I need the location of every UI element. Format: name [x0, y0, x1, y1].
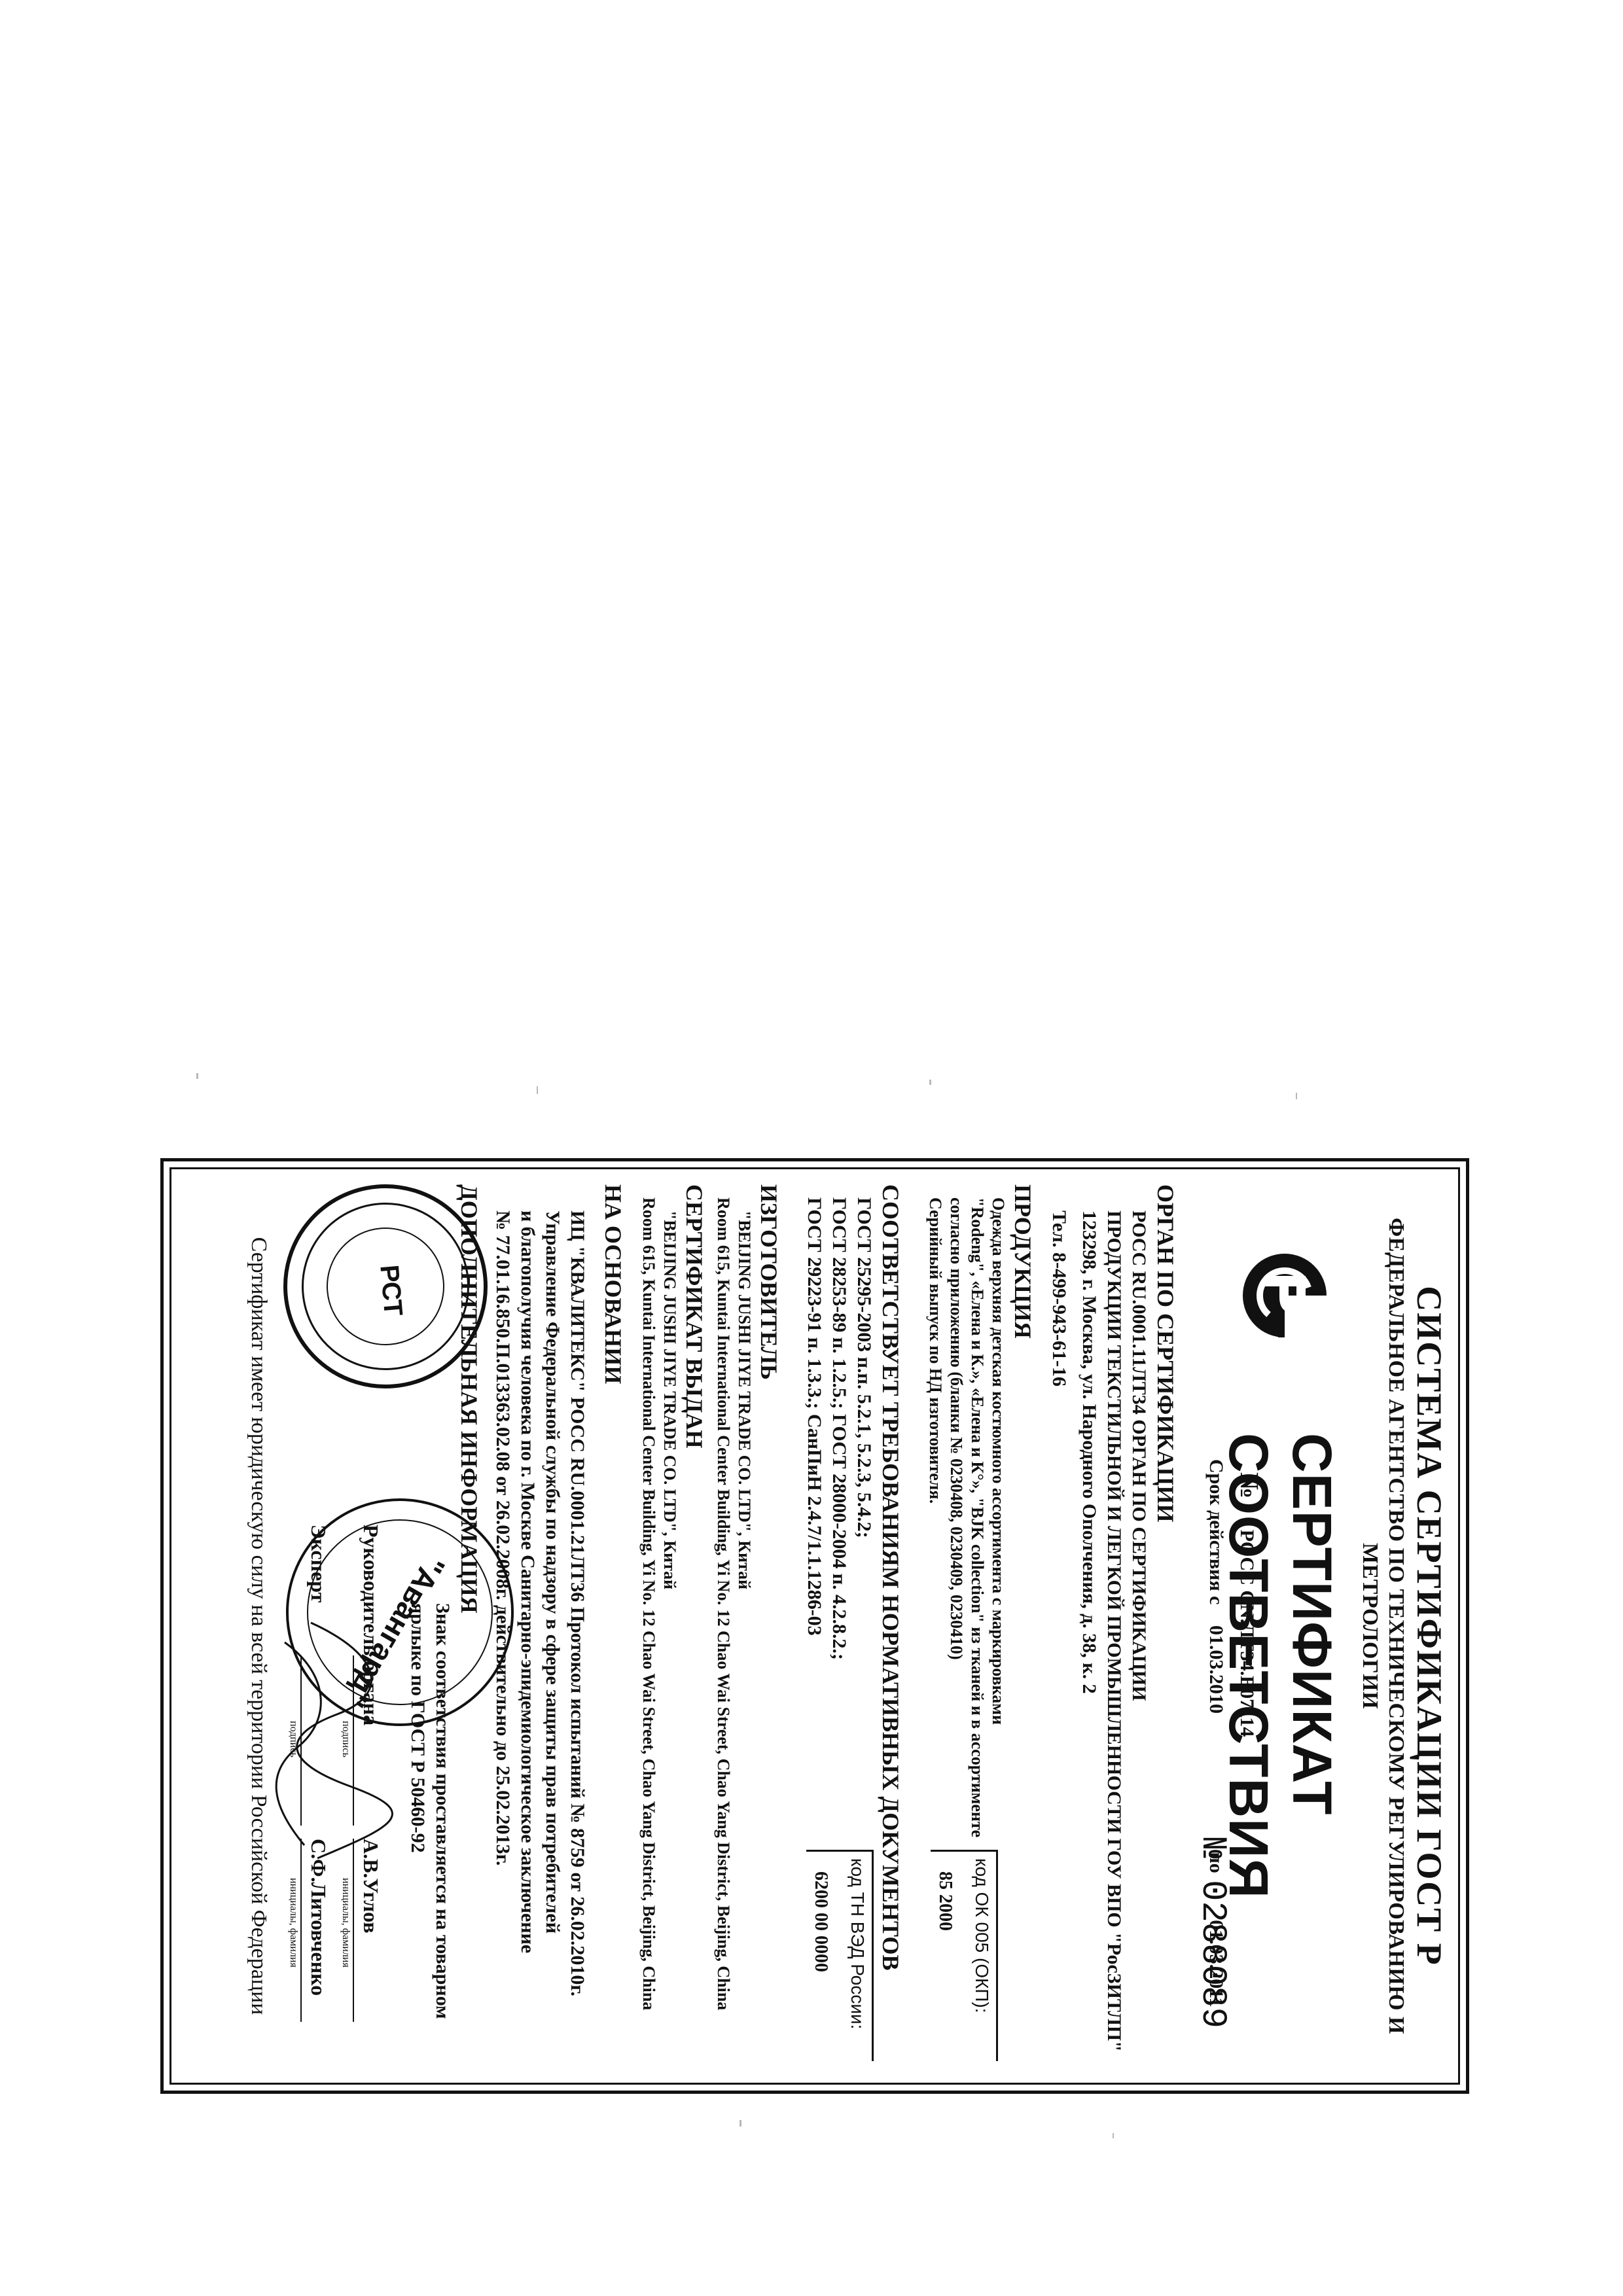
agency-name: ФЕДЕРАЛЬНОЕ АГЕНТСТВО ПО ТЕХНИЧЕСКОМУ РЕ…	[1357, 1184, 1409, 2068]
basis-section: НА ОСНОВАНИИ ИЦ "КВАЛИТЕКС" РОСС RU.0001…	[490, 1184, 628, 2068]
section-heading: ПРОДУКЦИЯ	[1008, 1184, 1037, 2068]
handwritten-signature	[265, 1616, 409, 1865]
basis-line: Управление Федеральной службы по надзору…	[540, 1184, 565, 2068]
tnved-code-box: код ТН ВЭД России: 6200 00 0000	[806, 1850, 874, 2061]
section-heading: ДОПОЛНИТЕЛЬНАЯ ИНФОРМАЦИЯ	[455, 1184, 484, 2068]
signature-role: Эксперт	[306, 1525, 330, 1602]
product-section: ПРОДУКЦИЯ Одежда верхняя детская костюмн…	[913, 1184, 1037, 2068]
scan-noise	[740, 2120, 741, 2127]
valid-from: 01.03.2010	[1205, 1625, 1227, 1714]
body-line: 123298, г. Москва, ул. Народного Ополчен…	[1077, 1184, 1101, 2068]
conformity-section: СООТВЕТСТВУЕТ ТРЕБОВАНИЯМ НОРМАТИВНЫХ ДО…	[794, 1184, 905, 2068]
basis-line: № 77.01.16.850.П.013363.02.08 от 26.02.2…	[490, 1184, 515, 2068]
basis-line: ИЦ "КВАЛИТЕКС" РОСС RU.0001.21ЛТ36 Прото…	[565, 1184, 590, 2068]
name-caption: инициалы, фамилия	[340, 1878, 351, 1968]
body-line: ПРОДУКЦИИ ТЕКСТИЛЬНОЙ И ЛЕГКОЙ ПРОМЫШЛЕН…	[1101, 1184, 1126, 2068]
issued-to-address: Room 615, Kuntai International Center Bu…	[638, 1184, 659, 2068]
basis-line: и благополучия человека по г. Москве Сан…	[515, 1184, 540, 2068]
tnved-caption: код ТН ВЭД России:	[847, 1858, 868, 2055]
section-heading: ИЗГОТОВИТЕЛЬ	[755, 1184, 783, 2068]
name-line	[353, 1839, 354, 2022]
okp-code-box: код ОК 005 (ОКП): 85 2000	[931, 1850, 998, 2061]
okp-caption: код ОК 005 (ОКП):	[971, 1858, 992, 2055]
product-line: "Rodeng", «Елена и К.», «Елена и К°», "B…	[967, 1184, 988, 1852]
certification-body-section: ОРГАН ПО СЕРТИФИКАЦИИ РОСС RU.0001.11ЛТ3…	[1046, 1184, 1180, 2068]
certificate-number: № РОСС CN.ЛТ34.В07114	[1234, 1472, 1265, 1737]
scan-noise	[196, 1073, 198, 1079]
section-heading: ОРГАН ПО СЕРТИФИКАЦИИ	[1151, 1184, 1180, 2068]
manufacturer-name: "BEIJING JUSHI JIYE TRADE CO. LTD", Кита…	[734, 1184, 755, 2068]
section-heading: СООТВЕТСТВУЕТ ТРЕБОВАНИЯМ НОРМАТИВНЫХ ДО…	[876, 1184, 905, 2068]
rst-certification-mark-icon	[1239, 1250, 1330, 1341]
certificate-header: СЕРТИФИКАТ СООТВЕТСТВИЯ № РОСС CN.ЛТ34.В…	[1180, 1184, 1344, 2068]
additional-info-section: ДОПОЛНИТЕЛЬНАЯ ИНФОРМАЦИЯ Знак соответст…	[405, 1184, 484, 2068]
scan-noise	[929, 1080, 931, 1085]
blank-number: № 0288089	[1192, 1837, 1232, 2028]
validity-label: Срок действия с	[1205, 1459, 1227, 1605]
scan-noise	[1296, 1093, 1297, 1099]
number-value: РОСС CN.ЛТ34.В07114	[1236, 1530, 1258, 1737]
number-label: №	[1235, 1472, 1264, 1498]
issued-to-section: СЕРТИФИКАТ ВЫДАН "BEIJING JUSHI JIYE TRA…	[638, 1184, 709, 2068]
okp-value: 85 2000	[935, 1858, 955, 2055]
additional-line: Знак соответствия проставляется на товар…	[405, 1184, 455, 2068]
manufacturer-address: Room 615, Kuntai International Center Bu…	[713, 1184, 734, 2068]
name-line	[300, 1839, 302, 2022]
name-caption: инициалы, фамилия	[287, 1878, 299, 1968]
scan-noise	[1113, 2133, 1114, 2138]
certificate-document: СИСТЕМА СЕРТИФИКАЦИИ ГОСТ Р ФЕДЕРАЛЬНОЕ …	[160, 1158, 1469, 2094]
section-heading: НА ОСНОВАНИИ	[599, 1184, 628, 2068]
scan-noise	[537, 1086, 538, 1094]
section-heading: СЕРТИФИКАТ ВЫДАН	[680, 1184, 709, 2068]
issued-to-name: "BEIJING JUSHI JIYE TRADE CO. LTD", Кита…	[659, 1184, 680, 2068]
body-line: Тел. 8-499-943-61-16	[1046, 1184, 1071, 2068]
manufacturer-section: ИЗГОТОВИТЕЛЬ "BEIJING JUSHI JIYE TRADE C…	[713, 1184, 783, 2068]
tnved-value: 6200 00 0000	[810, 1858, 831, 2055]
system-title: СИСТЕМА СЕРТИФИКАЦИИ ГОСТ Р	[1409, 1184, 1450, 2068]
body-line: РОСС RU.0001.11ЛТ34 ОРГАН ПО СЕРТИФИКАЦИ…	[1126, 1184, 1151, 2068]
